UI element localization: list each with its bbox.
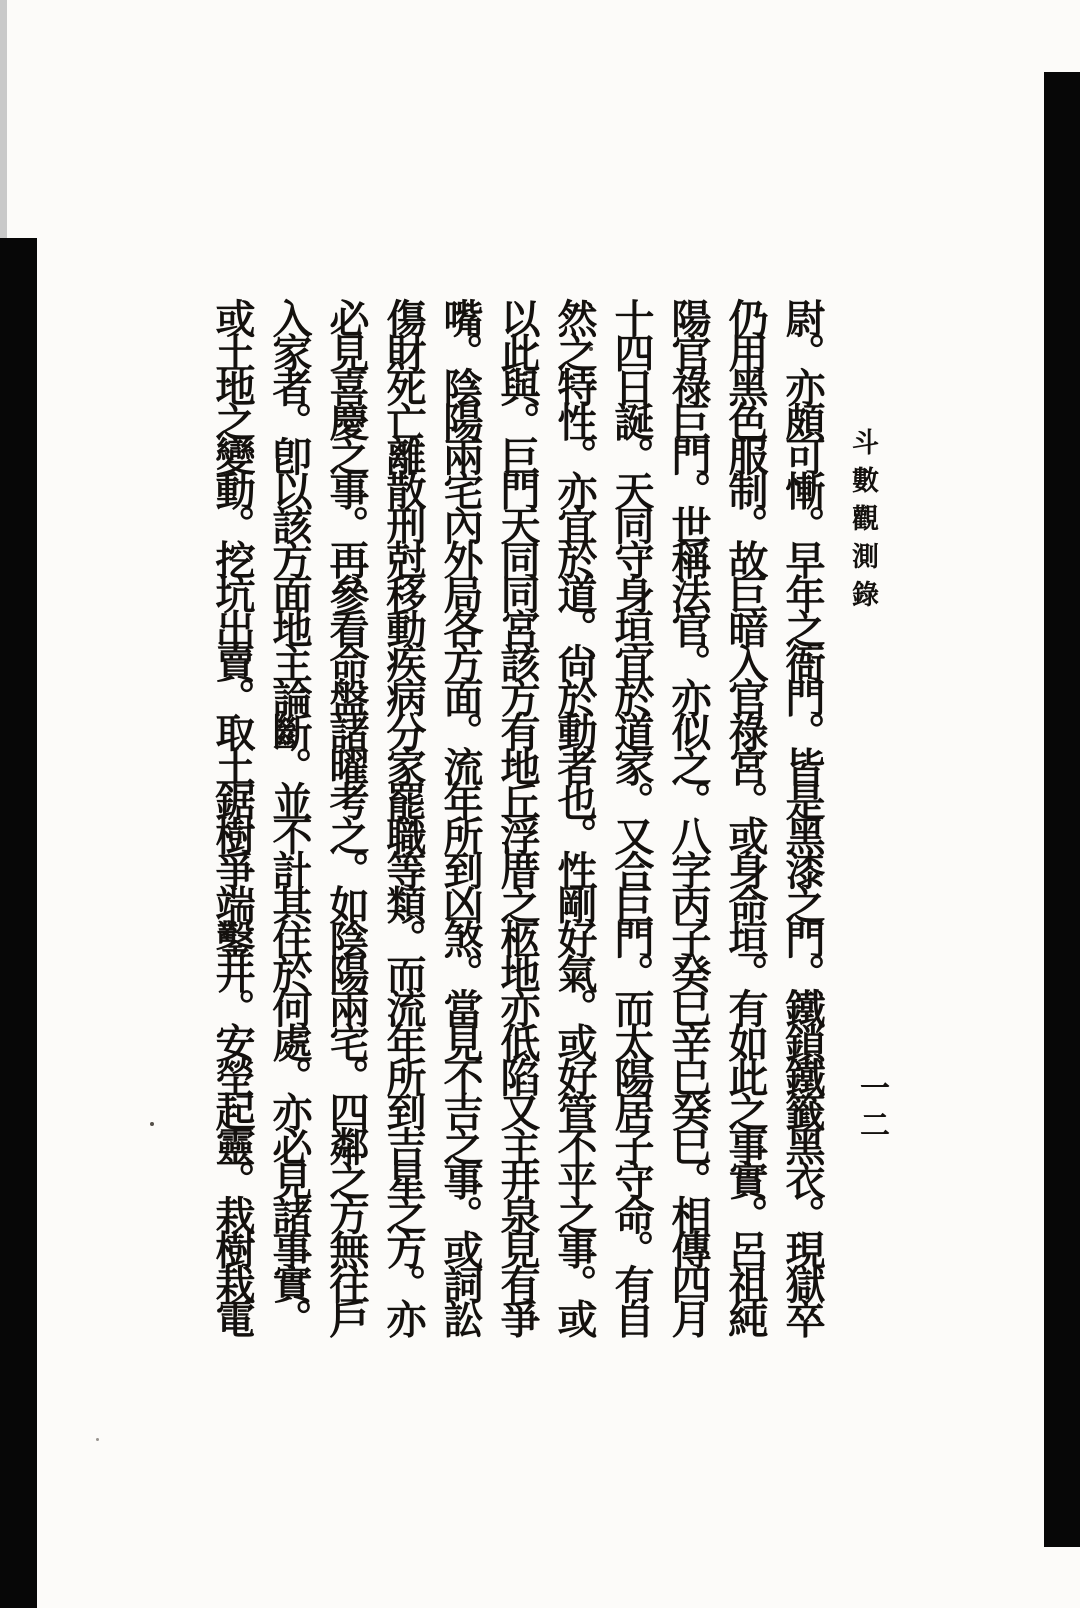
text-column-1: 尉。亦頗可慚。早年之衙門。皆是黑漆之門。鐵鎖鐵籤黑衣。現獄卒 <box>774 298 831 1343</box>
text-column-4: 十四日誕。天同守身垣宜於道家。又合巨門。而太陽居子守命。有自 <box>603 298 660 1343</box>
text-column-6: 以此與。巨門天同同宮該方有地丘浮厝之柩地亦低陷又主井泉見有爭 <box>489 298 546 1343</box>
text-column-2: 仍用黑色服制。故巨暗入官祿宮。或身命垣。有如此之事實。呂祖純 <box>717 298 774 1343</box>
page-number: 一二 <box>849 1072 893 1146</box>
text-column-7: 嘴。陰陽兩宅內外局各方面。流年所到凶煞。當見不吉之事。或詞訟 <box>432 298 489 1343</box>
text-column-8: 傷財死亡離散刑尅移動疾病分家罷職等類。而流年所到吉星之方。亦 <box>375 298 432 1343</box>
text-column-5: 然之特性。亦宜於道。尙於動者也。性剛好氣。或好管不平之事。或 <box>546 298 603 1343</box>
scan-speck <box>96 1438 99 1441</box>
main-text-block: 尉。亦頗可慚。早年之衙門。皆是黑漆之門。鐵鎖鐵籤黑衣。現獄卒 仍用黑色服制。故巨… <box>204 298 831 1343</box>
text-column-11: 或土地之變動。挖坑出賣。取土鋸樹爭端鑿井。安塋起靈。栽樹栽電 <box>204 298 261 1343</box>
scan-speck <box>589 347 593 351</box>
scan-artifact-right-bar <box>1044 72 1080 1547</box>
text-column-10: 入家者。卽以該方面地主論斷。並不計其住於何處。亦必見諸事實。 <box>261 298 318 1343</box>
book-page-scan: 斗數觀測錄 一二 尉。亦頗可慚。早年之衙門。皆是黑漆之門。鐵鎖鐵籤黑衣。現獄卒 … <box>0 0 1080 1608</box>
scan-speck <box>150 1122 154 1126</box>
book-title: 斗數觀測錄 <box>843 428 882 618</box>
text-column-3: 陽官祿巨門。世稱法官。亦似之。八字丙子癸巳辛巳癸巳。相傳四月 <box>660 298 717 1343</box>
text-column-9: 必見喜慶之事。再參看命盤諸曜考之。如陰陽兩宅。四鄰之方無往戶 <box>318 298 375 1343</box>
scan-artifact-left-bar <box>0 238 37 1608</box>
